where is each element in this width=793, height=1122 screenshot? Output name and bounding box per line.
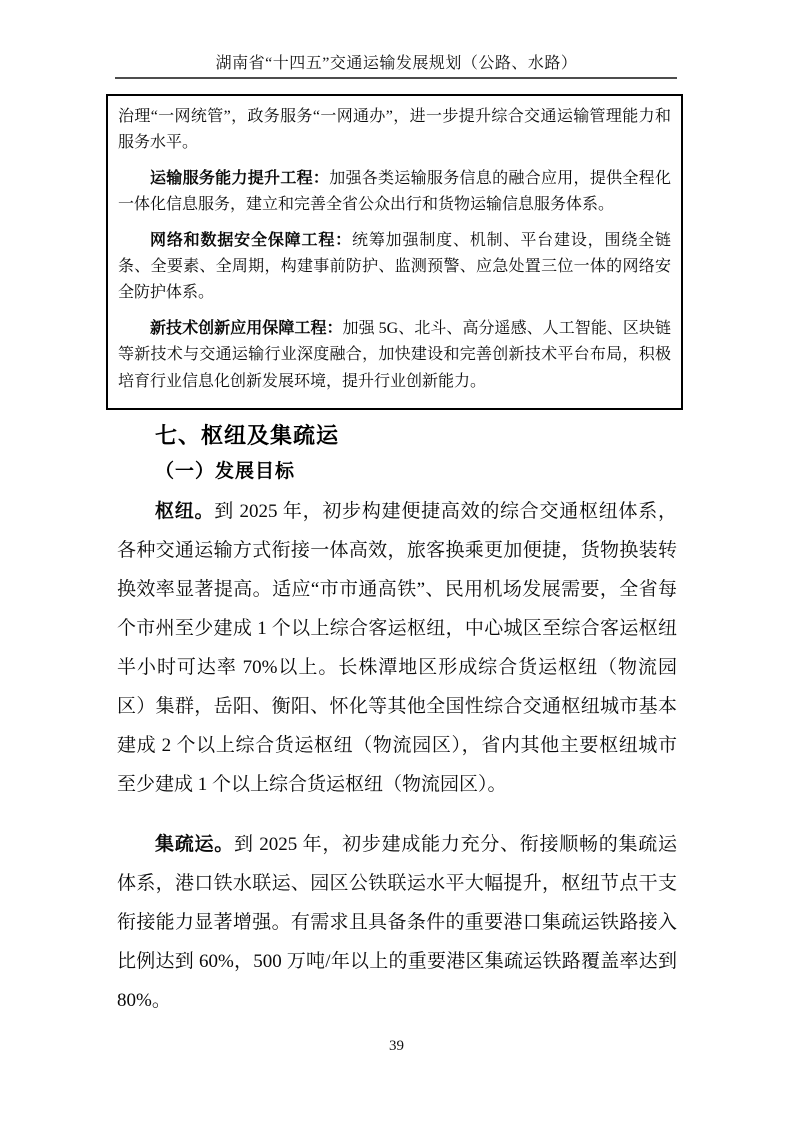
box-paragraph-lead: 网络和数据安全保障工程： — [150, 232, 352, 249]
box-paragraph-lead: 新技术创新应用保障工程： — [150, 320, 343, 337]
body-paragraph: 集疏运。到 2025 年，初步建成能力充分、衔接顺畅的集疏运体系，港口铁水联运、… — [117, 825, 677, 1020]
body-paragraph-lead: 集疏运。 — [155, 834, 234, 855]
page-number: 39 — [0, 1038, 793, 1055]
document-page: 湖南省“十四五”交通运输发展规划（公路、水路） 治理“一网统管”，政务服务“一网… — [0, 0, 793, 1122]
body-paragraph-text: 到 2025 年，初步构建便捷高效的综合交通枢纽体系，各种交通运输方式衔接一体高… — [117, 501, 677, 795]
box-paragraph: 运输服务能力提升工程：加强各类运输服务信息的融合应用，提供全程化一体化信息服务，… — [118, 166, 671, 219]
header-rule — [115, 77, 677, 79]
body-paragraph-text: 到 2025 年，初步建成能力充分、衔接顺畅的集疏运体系，港口铁水联运、园区公铁… — [117, 834, 677, 1011]
page-header-title: 湖南省“十四五”交通运输发展规划（公路、水路） — [0, 50, 793, 73]
box-paragraph-text: 治理“一网统管”，政务服务“一网通办”，进一步提升综合交通运输管理能力和服务水平… — [118, 108, 671, 151]
box-paragraph-lead: 运输服务能力提升工程： — [150, 170, 329, 187]
body-paragraph: 枢纽。到 2025 年，初步构建便捷高效的综合交通枢纽体系，各种交通运输方式衔接… — [117, 492, 677, 804]
section-heading: 七、枢纽及集疏运 — [155, 419, 339, 450]
body-paragraph-lead: 枢纽。 — [155, 501, 214, 522]
box-paragraph: 网络和数据安全保障工程：统筹加强制度、机制、平台建设，围绕全链条、全要素、全周期… — [118, 228, 671, 307]
box-paragraph: 新技术创新应用保障工程：加强 5G、北斗、高分遥感、人工智能、区块链等新技术与交… — [118, 316, 671, 395]
subsection-heading: （一）发展目标 — [155, 456, 295, 483]
body-text-block: 枢纽。到 2025 年，初步构建便捷高效的综合交通枢纽体系，各种交通运输方式衔接… — [117, 492, 677, 1020]
box-paragraph: 治理“一网统管”，政务服务“一网通办”，进一步提升综合交通运输管理能力和服务水平… — [118, 104, 671, 157]
policy-highlight-box: 治理“一网统管”，政务服务“一网通办”，进一步提升综合交通运输管理能力和服务水平… — [106, 94, 683, 410]
